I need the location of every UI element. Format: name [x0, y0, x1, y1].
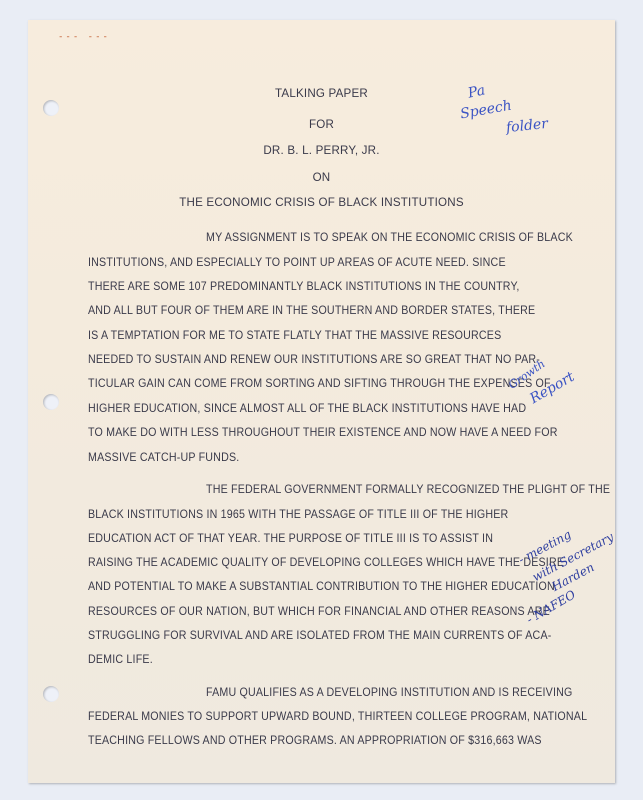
header-on: ON — [28, 171, 615, 184]
body-line: TEACHING FELLOWS AND OTHER PROGRAMS. AN … — [88, 734, 542, 747]
handwritten-note-top: folder — [505, 116, 548, 136]
body-line: AND ALL BUT FOUR OF THEM ARE IN THE SOUT… — [88, 304, 535, 317]
title: TALKING PAPER — [28, 87, 615, 100]
corner-mark: --- --- — [58, 32, 110, 42]
body-line: THERE ARE SOME 107 PREDOMINANTLY BLACK I… — [88, 280, 520, 293]
body-line: IS A TEMPTATION FOR ME TO STATE FLATLY T… — [88, 329, 501, 342]
body-line: TO MAKE DO WITH LESS THROUGHOUT THEIR EX… — [88, 426, 558, 439]
body-line: NEEDED TO SUSTAIN AND RENEW OUR INSTITUT… — [88, 353, 540, 366]
punch-hole — [43, 100, 59, 116]
body-line: STRUGGLING FOR SURVIVAL AND ARE ISOLATED… — [88, 629, 551, 642]
body-line: FEDERAL MONIES TO SUPPORT UPWARD BOUND, … — [88, 710, 587, 723]
body-line: BLACK INSTITUTIONS IN 1965 WITH THE PASS… — [88, 508, 508, 521]
document-page: --- --- TALKING PAPER FOR DR. B. L. PERR… — [28, 20, 615, 783]
header-subject: THE ECONOMIC CRISIS OF BLACK INSTITUTION… — [28, 196, 615, 209]
body-line: MASSIVE CATCH-UP FUNDS. — [88, 451, 239, 464]
body-line: FAMU QUALIFIES AS A DEVELOPING INSTITUTI… — [206, 686, 572, 699]
body-line: AND POTENTIAL TO MAKE A SUBSTANTIAL CONT… — [88, 580, 555, 593]
body-line: DEMIC LIFE. — [88, 653, 153, 666]
body-line: HIGHER EDUCATION, SINCE ALMOST ALL OF TH… — [88, 402, 526, 415]
body-line: TICULAR GAIN CAN COME FROM SORTING AND S… — [88, 377, 551, 390]
body-line: INSTITUTIONS, AND ESPECIALLY TO POINT UP… — [88, 256, 506, 269]
header-author: DR. B. L. PERRY, JR. — [28, 144, 615, 157]
punch-hole — [43, 686, 59, 702]
body-line: MY ASSIGNMENT IS TO SPEAK ON THE ECONOMI… — [206, 231, 573, 244]
body-line: RESOURCES OF OUR NATION, BUT WHICH FOR F… — [88, 605, 550, 618]
body-line: RAISING THE ACADEMIC QUALITY OF DEVELOPI… — [88, 556, 564, 569]
body-line: THE FEDERAL GOVERNMENT FORMALLY RECOGNIZ… — [206, 483, 610, 496]
punch-hole — [43, 394, 59, 410]
body-line: EDUCATION ACT OF THAT YEAR. THE PURPOSE … — [88, 532, 493, 545]
